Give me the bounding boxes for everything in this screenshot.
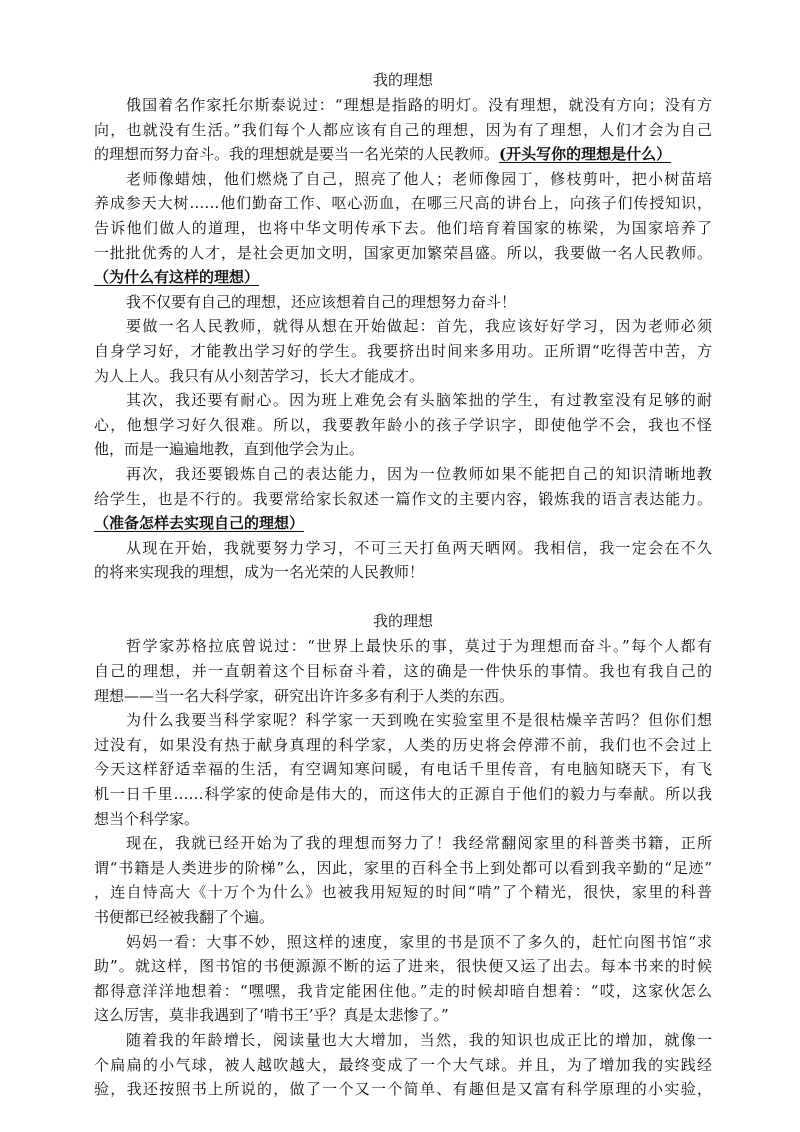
text-line: 妈妈一看：大事不妙，照这样的速度，家里的书是顶不了多久的，赶忙向图书馆“求 xyxy=(94,930,712,955)
text-line: 的理想而努力奋斗。我的理想就是要当一名光荣的人民教师。(开头写你的理想是什么） xyxy=(94,142,712,167)
text-line: 俄国着名作家托尔斯泰说过：“理想是指路的明灯。没有理想，就没有方向；没有方 xyxy=(94,93,712,118)
text-line: 今天这样舒适幸福的生活，有空调知寒问暖，有电话千里传音，有电脑知晓天下，有飞 xyxy=(94,757,712,782)
line-text: 其次，我还要有耐心。因为班上难免会有头脑笨拙的学生，有过教室没有足够的耐 xyxy=(126,391,712,409)
line-text: 为什么我要当科学家呢？科学家一天到晚在实验室里不是很枯燥辛苦吗？但你们想 xyxy=(126,711,712,729)
line-text: 再次，我还要锻炼自己的表达能力，因为一位教师如果不能把自己的知识清晰地教 xyxy=(126,465,712,483)
text-line: 现在，我就已经开始为了我的理想而努力了！我经常翻阅家里的科普类书籍，正所 xyxy=(94,831,712,856)
line-text: 谓“书籍是人类进步的阶梯”么，因此，家里的百科全书上到处都可以看到我辛勤的“足迹… xyxy=(94,859,712,877)
essay-1: 我的理想俄国着名作家托尔斯泰说过：“理想是指路的明灯。没有理想，就没有方向；没有… xyxy=(94,68,712,585)
line-text: 告诉他们做人的道理，也将中华文明传承下去。他们培育着国家的栋梁，为国家培养了 xyxy=(94,219,712,237)
text-line: 为人上人。我只有从小刻苦学习，长大才能成才。 xyxy=(94,364,712,389)
text-line: 自身学习好，才能教出学习好的学生。我要挤出时间来多用功。正所谓“吃得苦中苦，方 xyxy=(94,339,712,364)
text-line: （准备怎样去实现自己的理想） xyxy=(94,511,712,536)
text-line: 给学生，也是不行的。我要常给家长叙述一篇作文的主要内容，锻炼我的语言表达能力。 xyxy=(94,487,712,512)
text-line: 过没有，如果没有热于献身真理的科学家，人类的历史将会停滞不前，我们也不会过上 xyxy=(94,733,712,758)
text-line: 再次，我还要锻炼自己的表达能力，因为一位教师如果不能把自己的知识清晰地教 xyxy=(94,462,712,487)
text-line: 验，我还按照书上所说的，做了一个又一个简单、有趣但是又富有科学原理的小实验， xyxy=(94,1077,712,1102)
text-line: 都得意洋洋地想着：“嘿嘿，我肯定能困住他。”走的时候却暗自想着：“哎，这家伙怎么 xyxy=(94,979,712,1004)
line-text: 书便都已经被我翻了个遍。 xyxy=(94,908,274,926)
writing-hint-note: （准备怎样去实现自己的理想） xyxy=(94,514,304,532)
line-text: 为人上人。我只有从小刻苦学习，长大才能成才。 xyxy=(94,367,424,385)
line-text: 他，而是一遍遍地教，直到他学会为止。 xyxy=(94,440,364,458)
line-text: 今天这样舒适幸福的生活，有空调知寒问暖，有电话千里传音，有电脑知晓天下，有飞 xyxy=(94,760,712,778)
line-text: 养成参天大树……他们勤奋工作、呕心沥血，在哪三尺高的讲台上，向孩子们传授知识， xyxy=(94,194,712,212)
line-text: 老师像蜡烛，他们燃烧了自己，照亮了他人；老师像园丁，修枝剪叶，把小树苗培 xyxy=(126,170,712,188)
line-text: 想当个科学家。 xyxy=(94,810,199,828)
line-text: 助”。就这样，图书馆的书便源源不断的运了进来，很快便又运了出去。每本书来的时候 xyxy=(94,957,712,975)
line-text: 验，我还按照书上所说的，做了一个又一个简单、有趣但是又富有科学原理的小实验， xyxy=(94,1080,712,1098)
text-line: 为什么我要当科学家呢？科学家一天到晚在实验室里不是很枯燥辛苦吗？但你们想 xyxy=(94,708,712,733)
line-text: 个扁扁的小气球，被人越吹越大，最终变成了一个大气球。并且，为了增加我的实践经 xyxy=(94,1056,712,1074)
line-text: 的理想而努力奋斗。我的理想就是要当一名光荣的人民教师。 xyxy=(94,145,499,163)
text-line: 理想——当一名大科学家，研究出许许多多有利于人类的东西。 xyxy=(94,684,712,709)
text-line: （为什么有这样的理想） xyxy=(94,265,712,290)
text-line: 哲学家苏格拉底曾说过：“世界上最快乐的事，莫过于为理想而奋斗。”每个人都有 xyxy=(94,634,712,659)
writing-hint-note: （为什么有这样的理想） xyxy=(94,268,259,286)
line-text: 要做一名人民教师，就得从想在开始做起：首先，我应该好好学习，因为老师必须 xyxy=(126,317,712,335)
line-text: 机一日千里……科学家的使命是伟大的，而这伟大的正源自于他们的毅力与奉献。所以我 xyxy=(94,785,712,803)
text-line: ，连自恃高大《十万个为什么》也被我用短短的时间“啃”了个精光，很快，家里的科普 xyxy=(94,880,712,905)
line-text: 这么厉害，莫非我遇到了‘啃书王’乎？真是太悲惨了。” xyxy=(94,1006,449,1024)
line-text: 自己的理想，并一直朝着这个目标奋斗着，这的确是一件快乐的事情。我也有我自己的 xyxy=(94,662,712,680)
text-line: 从现在开始，我就要努力学习，不可三天打鱼两天晒网。我相信，我一定会在不久 xyxy=(94,536,712,561)
essay-title: 我的理想 xyxy=(94,609,712,634)
text-line: 谓“书籍是人类进步的阶梯”么，因此，家里的百科全书上到处都可以看到我辛勤的“足迹… xyxy=(94,856,712,881)
line-text: 现在，我就已经开始为了我的理想而努力了！我经常翻阅家里的科普类书籍，正所 xyxy=(126,834,712,852)
line-text: ，连自恃高大《十万个为什么》也被我用短短的时间“啃”了个精光，很快，家里的科普 xyxy=(94,883,712,901)
text-line: 自己的理想，并一直朝着这个目标奋斗着，这的确是一件快乐的事情。我也有我自己的 xyxy=(94,659,712,684)
text-line: 心，他想学习好久很难。所以，我要教年龄小的孩子学识字，即使他学不会，我也不怪 xyxy=(94,413,712,438)
text-line: 老师像蜡烛，他们燃烧了自己，照亮了他人；老师像园丁，修枝剪叶，把小树苗培 xyxy=(94,167,712,192)
line-text: 俄国着名作家托尔斯泰说过：“理想是指路的明灯。没有理想，就没有方向；没有方 xyxy=(126,96,712,114)
line-text: 理想——当一名大科学家，研究出许许多多有利于人类的东西。 xyxy=(94,687,514,705)
text-line: 向，也就没有生活。”我们每个人都应该有自己的理想，因为有了理想，人们才会为自己 xyxy=(94,118,712,143)
line-text: 随着我的年龄增长，阅读量也大大增加，当然，我的知识也成正比的增加，就像一 xyxy=(126,1031,712,1049)
text-line: 其次，我还要有耐心。因为班上难免会有头脑笨拙的学生，有过教室没有足够的耐 xyxy=(94,388,712,413)
line-text: 过没有，如果没有热于献身真理的科学家，人类的历史将会停滞不前，我们也不会过上 xyxy=(94,736,712,754)
line-text: 我不仅要有自己的理想，还应该想着自己的理想努力奋斗！ xyxy=(126,293,516,311)
writing-hint-note: (开头写你的理想是什么） xyxy=(499,145,671,163)
line-text: 自身学习好，才能教出学习好的学生。我要挤出时间来多用功。正所谓“吃得苦中苦，方 xyxy=(94,342,712,360)
document-page: 我的理想俄国着名作家托尔斯泰说过：“理想是指路的明灯。没有理想，就没有方向；没有… xyxy=(94,68,712,1102)
text-line: 养成参天大树……他们勤奋工作、呕心沥血，在哪三尺高的讲台上，向孩子们传授知识， xyxy=(94,191,712,216)
text-line: 这么厉害，莫非我遇到了‘啃书王’乎？真是太悲惨了。” xyxy=(94,1003,712,1028)
text-line: 随着我的年龄增长，阅读量也大大增加，当然，我的知识也成正比的增加，就像一 xyxy=(94,1028,712,1053)
line-text: 一批批优秀的人才，是社会更加文明，国家更加繁荣昌盛。所以，我要做一名人民教师。 xyxy=(94,244,712,262)
line-text: 哲学家苏格拉底曾说过：“世界上最快乐的事，莫过于为理想而奋斗。”每个人都有 xyxy=(126,637,712,655)
line-text: 妈妈一看：大事不妙，照这样的速度，家里的书是顶不了多久的，赶忙向图书馆“求 xyxy=(126,933,712,951)
text-line: 一批批优秀的人才，是社会更加文明，国家更加繁荣昌盛。所以，我要做一名人民教师。 xyxy=(94,241,712,266)
text-line: 告诉他们做人的道理，也将中华文明传承下去。他们培育着国家的栋梁，为国家培养了 xyxy=(94,216,712,241)
text-line: 书便都已经被我翻了个遍。 xyxy=(94,905,712,930)
line-text: 从现在开始，我就要努力学习，不可三天打鱼两天晒网。我相信，我一定会在不久 xyxy=(126,539,712,557)
text-line: 个扁扁的小气球，被人越吹越大，最终变成了一个大气球。并且，为了增加我的实践经 xyxy=(94,1053,712,1078)
text-line: 机一日千里……科学家的使命是伟大的，而这伟大的正源自于他们的毅力与奉献。所以我 xyxy=(94,782,712,807)
text-line: 助”。就这样，图书馆的书便源源不断的运了进来，很快便又运了出去。每本书来的时候 xyxy=(94,954,712,979)
text-line: 要做一名人民教师，就得从想在开始做起：首先，我应该好好学习，因为老师必须 xyxy=(94,314,712,339)
text-line: 的将来实现我的理想，成为一名光荣的人民教师！ xyxy=(94,560,712,585)
text-line: 想当个科学家。 xyxy=(94,807,712,832)
line-text: 都得意洋洋地想着：“嘿嘿，我肯定能困住他。”走的时候却暗自想着：“哎，这家伙怎么 xyxy=(94,982,712,1000)
text-line: 我不仅要有自己的理想，还应该想着自己的理想努力奋斗！ xyxy=(94,290,712,315)
line-text: 心，他想学习好久很难。所以，我要教年龄小的孩子学识字，即使他学不会，我也不怪 xyxy=(94,416,712,434)
section-spacer xyxy=(94,585,712,610)
essay-2: 我的理想哲学家苏格拉底曾说过：“世界上最快乐的事，莫过于为理想而奋斗。”每个人都… xyxy=(94,609,712,1101)
text-line: 他，而是一遍遍地教，直到他学会为止。 xyxy=(94,437,712,462)
line-text: 的将来实现我的理想，成为一名光荣的人民教师！ xyxy=(94,563,424,581)
line-text: 向，也就没有生活。”我们每个人都应该有自己的理想，因为有了理想，人们才会为自己 xyxy=(94,121,712,139)
essay-title: 我的理想 xyxy=(94,68,712,93)
line-text: 给学生，也是不行的。我要常给家长叙述一篇作文的主要内容，锻炼我的语言表达能力。 xyxy=(94,490,712,508)
